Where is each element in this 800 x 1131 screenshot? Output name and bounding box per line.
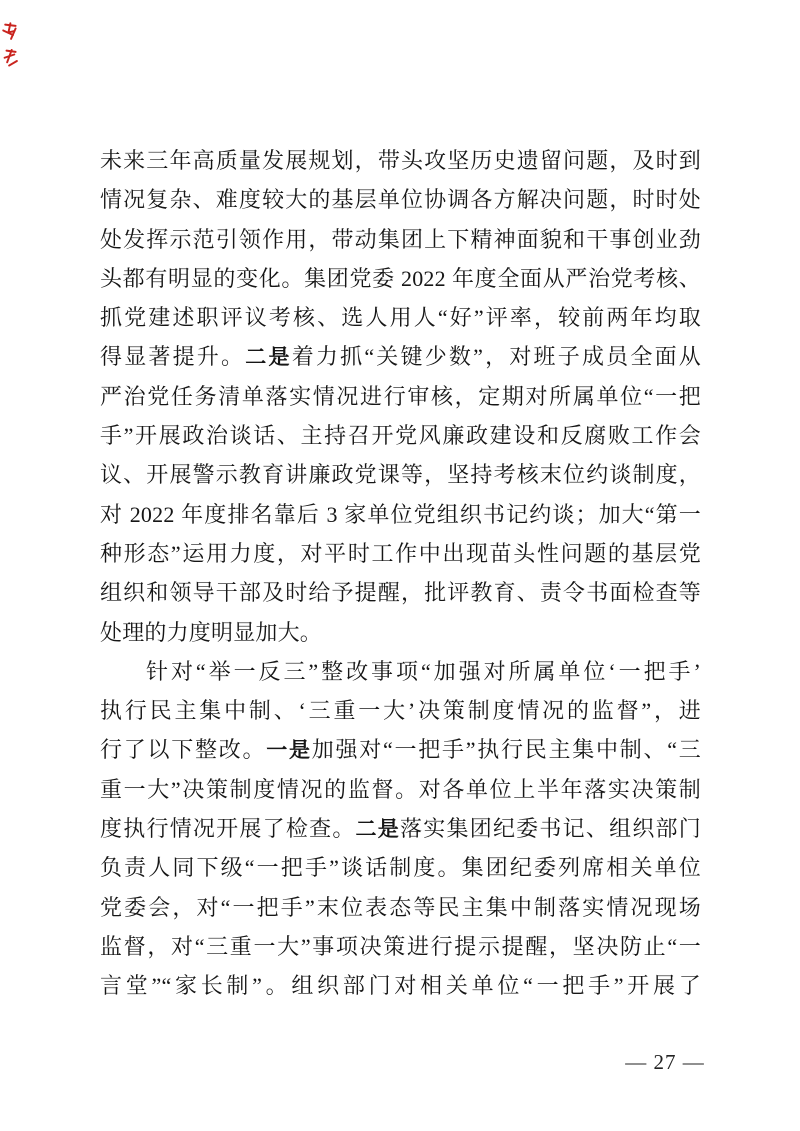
text-run: 党委会，对“一把手”末位表态等民主集中制落实情况现场 <box>100 895 701 920</box>
text-run: 负责人同下级“一把手”谈话制度。集团纪委列席相关单位 <box>100 855 701 880</box>
text-run: 着力抓“关键少数”，对班子成员全面从 <box>292 344 701 369</box>
text-run: 头都有明显的变化。集团党委 2022 年度全面从严治党考核、 <box>100 266 701 291</box>
text-run: 得显著提升。 <box>100 344 245 369</box>
document-body: 未来三年高质量发展规划，带头攻坚历史遗留问题，及时到情况复杂、难度较大的基层单位… <box>100 141 701 1006</box>
text-run: 度执行情况开展了检查。 <box>100 816 356 841</box>
text-line: 头都有明显的变化。集团党委 2022 年度全面从严治党考核、 <box>100 259 701 298</box>
text-line: 重一大”决策制度情况的监督。对各单位上半年落实决策制 <box>100 770 701 809</box>
text-line: 严治党任务清单落实情况进行审核，定期对所属单位“一把 <box>100 377 701 416</box>
text-line: 处理的力度明显加大。 <box>100 613 701 652</box>
text-run: 加强对“一把手”执行民主集中制、“三 <box>312 737 701 762</box>
text-line: 情况复杂、难度较大的基层单位协调各方解决问题，时时处 <box>100 180 701 219</box>
text-run: 行了以下整改。 <box>100 737 266 762</box>
text-run: 处理的力度明显加大。 <box>100 620 322 645</box>
text-run: 手”开展政治谈话、主持召开党风廉政建设和反腐败工作会 <box>100 423 701 448</box>
text-line: 言堂”“家长制”。组织部门对相关单位“一把手”开展了 <box>100 966 701 1005</box>
text-run: 执行民主集中制、‘三重一大’决策制度情况的监督”，进 <box>100 698 701 723</box>
text-line: 监督，对“三重一大”事项决策进行提示提醒，坚决防止“一 <box>100 927 701 966</box>
text-run: 情况复杂、难度较大的基层单位协调各方解决问题，时时处 <box>100 187 701 212</box>
text-run: 针对“举一反三”整改事项“加强对所属单位‘一把手’ <box>146 659 701 684</box>
text-run: 言堂”“家长制”。组织部门对相关单位“一把手”开展了 <box>100 973 701 998</box>
text-line: 处发挥示范引领作用，带动集团上下精神面貌和干事创业劲 <box>100 220 701 259</box>
document-page: 未来三年高质量发展规划，带头攻坚历史遗留问题，及时到情况复杂、难度较大的基层单位… <box>0 0 800 1131</box>
text-run: 严治党任务清单落实情况进行审核，定期对所属单位“一把 <box>100 384 701 409</box>
text-run: 监督，对“三重一大”事项决策进行提示提醒，坚决防止“一 <box>100 934 701 959</box>
text-line: 对 2022 年度排名靠后 3 家单位党组织书记约谈；加大“第一 <box>100 495 701 534</box>
text-line: 党委会，对“一把手”末位表态等民主集中制落实情况现场 <box>100 888 701 927</box>
text-run: 未来三年高质量发展规划，带头攻坚历史遗留问题，及时到 <box>100 148 701 173</box>
text-run: 处发挥示范引领作用，带动集团上下精神面貌和干事创业劲 <box>100 227 701 252</box>
text-line: 行了以下整改。一是加强对“一把手”执行民主集中制、“三 <box>100 730 701 769</box>
text-line: 得显著提升。二是着力抓“关键少数”，对班子成员全面从 <box>100 337 701 376</box>
text-line: 执行民主集中制、‘三重一大’决策制度情况的监督”，进 <box>100 691 701 730</box>
text-run: 重一大”决策制度情况的监督。对各单位上半年落实决策制 <box>100 777 701 802</box>
bold-run: 二是 <box>245 346 291 369</box>
bold-run: 一是 <box>266 739 312 762</box>
text-line: 种形态”运用力度，对平时工作中出现苗头性问题的基层党 <box>100 534 701 573</box>
bold-run: 二是 <box>356 818 400 841</box>
text-run: 议、开展警示教育讲廉政党课等，坚持考核末位约谈制度， <box>100 462 701 487</box>
text-run: 组织和领导干部及时给予提醒，批评教育、责令书面检查等 <box>100 580 701 605</box>
text-run: 抓党建述职评议考核、选人用人“好”评率，较前两年均取 <box>100 305 701 330</box>
text-run: 对 2022 年度排名靠后 3 家单位党组织书记约谈；加大“第一 <box>100 502 701 527</box>
text-line: 未来三年高质量发展规划，带头攻坚历史遗留问题，及时到 <box>100 141 701 180</box>
red-annotation-strokes <box>3 23 17 65</box>
page-number: — 27 — <box>600 1050 730 1075</box>
text-line: 度执行情况开展了检查。二是落实集团纪委书记、组织部门 <box>100 809 701 848</box>
text-line: 手”开展政治谈话、主持召开党风廉政建设和反腐败工作会 <box>100 416 701 455</box>
text-line: 针对“举一反三”整改事项“加强对所属单位‘一把手’ <box>100 652 701 691</box>
text-line: 抓党建述职评议考核、选人用人“好”评率，较前两年均取 <box>100 298 701 337</box>
red-annotation-icon <box>0 22 33 74</box>
text-line: 组织和领导干部及时给予提醒，批评教育、责令书面检查等 <box>100 573 701 612</box>
text-run: 种形态”运用力度，对平时工作中出现苗头性问题的基层党 <box>100 541 701 566</box>
text-line: 负责人同下级“一把手”谈话制度。集团纪委列席相关单位 <box>100 848 701 887</box>
text-run: 落实集团纪委书记、组织部门 <box>400 816 701 841</box>
text-line: 议、开展警示教育讲廉政党课等，坚持考核末位约谈制度， <box>100 455 701 494</box>
